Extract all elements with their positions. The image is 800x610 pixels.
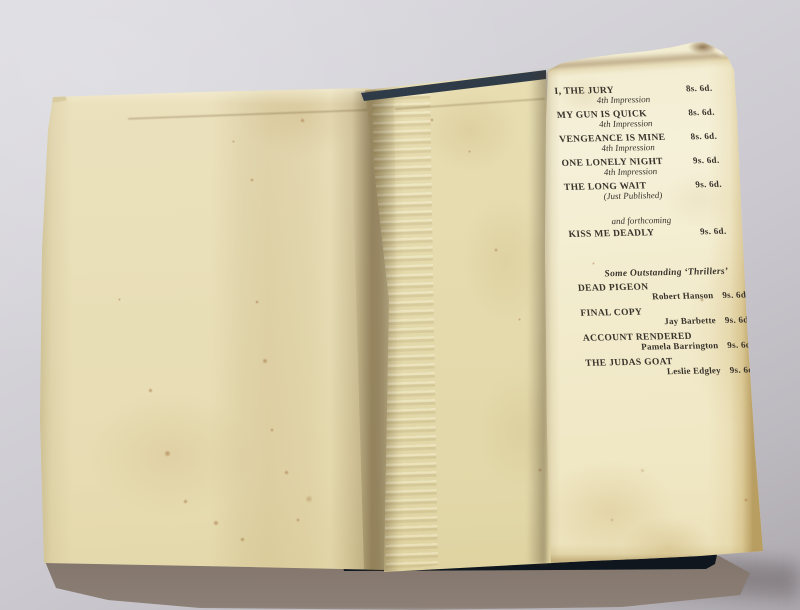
- book-price: 8s. 6d.: [685, 83, 712, 94]
- stain-spot: [744, 498, 748, 502]
- stain-spot: [255, 300, 259, 304]
- book-entry: FINAL COPY Jay Barbette 9s. 6d.: [580, 305, 752, 333]
- stain-spot: [494, 248, 498, 252]
- book-title: KISS ME DEADLY: [568, 228, 655, 240]
- section-heading: Some Outstanding ‘Thrillers’: [572, 267, 731, 280]
- stain-spot: [296, 518, 300, 522]
- book-price: 9s. 6d.: [693, 155, 720, 166]
- stain-spot: [305, 495, 313, 503]
- stain-spot: [610, 518, 614, 522]
- stain-spot: [430, 118, 434, 122]
- author-name: Pamela Barrington: [641, 340, 719, 352]
- stain-spot: [640, 468, 645, 473]
- book-price: 8s. 6d.: [688, 107, 715, 118]
- stain-spot: [300, 118, 305, 123]
- stain-spot: [250, 178, 254, 182]
- author-name: Robert Hanson: [652, 290, 714, 301]
- stain-spot: [232, 140, 235, 143]
- book-price: 9s. 6d.: [722, 289, 749, 300]
- book-entry: MY GUN IS QUICK 8s. 6d. 4th Impression: [556, 107, 716, 134]
- book-entry: ONE LONELY NIGHT 9s. 6d. 4th Impression: [561, 155, 721, 182]
- stain-spot: [262, 358, 268, 364]
- stain-spot: [183, 499, 188, 504]
- book-entry: DEAD PIGEON Robert Hanson 9s. 6d.: [578, 280, 750, 308]
- flap-price-list: I, THE JURY 8s. 6d. 4th Impression MY GU…: [554, 83, 741, 384]
- book-price: 9s. 6d.: [695, 179, 722, 190]
- stain-spot: [148, 388, 153, 393]
- stain-spot: [240, 537, 245, 542]
- book-entry: VENGEANCE IS MINE 8s. 6d. 4th Impression: [559, 131, 719, 158]
- author-name: Leslie Edgley: [666, 365, 721, 376]
- stain-spot: [468, 150, 471, 153]
- book-entry: ACCOUNT RENDERED Pamela Barrington 9s. 6…: [582, 330, 754, 358]
- stain-spot: [518, 318, 521, 321]
- stain-spot: [118, 298, 121, 301]
- book-price: 8s. 6d.: [690, 131, 717, 142]
- book-entry: I, THE JURY 8s. 6d. 4th Impression: [554, 83, 714, 110]
- stain-spot: [213, 520, 219, 526]
- stain-spot: [270, 428, 274, 432]
- thrillers-list: DEAD PIGEON Robert Hanson 9s. 6d. FINAL …: [578, 280, 758, 383]
- book-entry: THE JUDAS GOAT Leslie Edgley 9s. 6d.: [585, 355, 757, 383]
- book-entry: KISS ME DEADLY 9s. 6d.: [568, 226, 728, 253]
- stain-spot: [284, 470, 289, 475]
- book-price: 9s. 6d.: [700, 226, 727, 237]
- book-entry: THE LONG WAIT 9s. 6d. (Just Published): [563, 179, 723, 206]
- author-name: Jay Barbette: [664, 315, 717, 326]
- forthcoming-label: and forthcoming: [567, 214, 726, 227]
- stain-spot: [164, 450, 171, 457]
- photo-open-book: I, THE JURY 8s. 6d. 4th Impression MY GU…: [0, 0, 800, 610]
